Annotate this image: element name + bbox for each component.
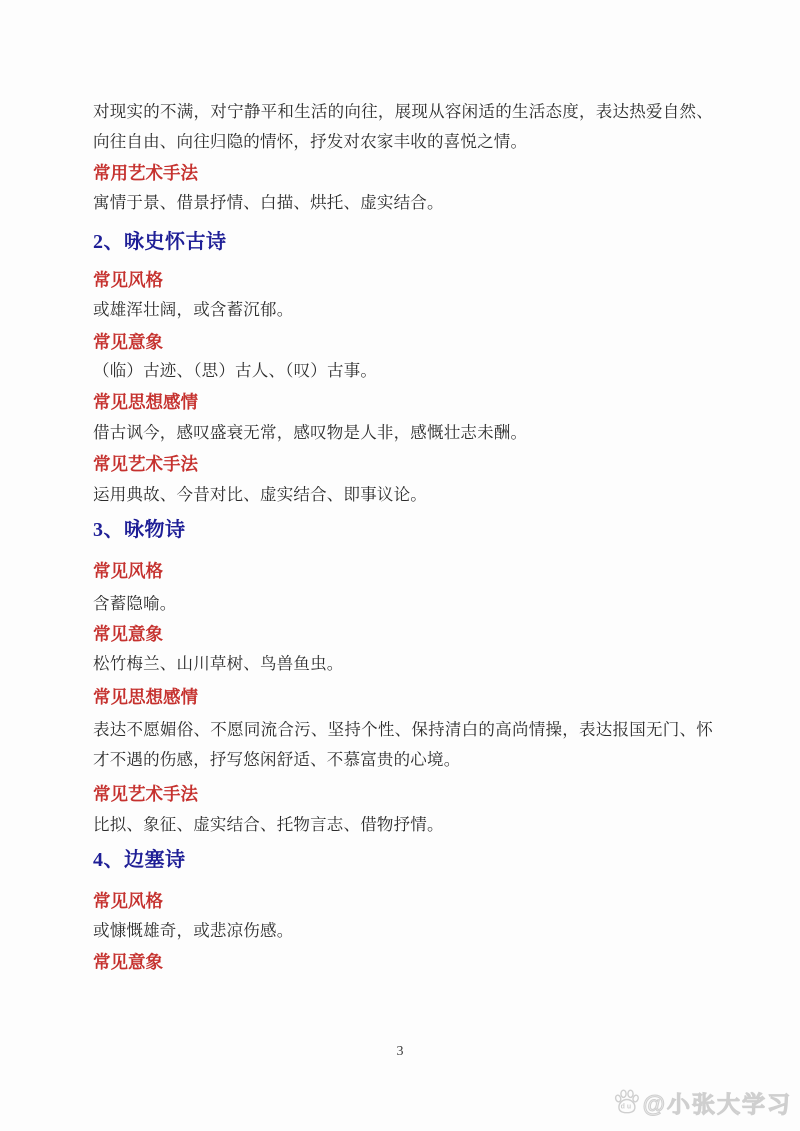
heading-common-imagery: 常见意象 bbox=[93, 330, 713, 354]
watermark: du @小张大学习 bbox=[613, 1086, 792, 1119]
heading-common-feelings: 常见思想感情 bbox=[93, 390, 713, 414]
svg-text:du: du bbox=[620, 1104, 633, 1111]
section-3-style-text: 含蓄隐喻。 bbox=[93, 592, 713, 616]
heading-common-style: 常见风格 bbox=[93, 268, 713, 292]
section-4-style-text: 或慷慨雄奇，或悲凉伤感。 bbox=[93, 919, 713, 943]
section-3-title: 3、咏物诗 bbox=[93, 516, 713, 544]
intro-techniques-text: 寓情于景、借景抒情、白描、烘托、虚实结合。 bbox=[93, 191, 713, 215]
baidu-paw-icon: du bbox=[613, 1089, 640, 1116]
document-page: 对现实的不满，对宁静平和生活的向往，展现从容闲适的生活态度，表达热爱自然、向往自… bbox=[0, 0, 800, 1131]
heading-common-feelings: 常见思想感情 bbox=[93, 685, 713, 709]
section-3-feelings-text: 表达不愿媚俗、不愿同流合污、坚持个性、保持清白的高尚情操，表达报国无门、怀才不遇… bbox=[93, 715, 713, 775]
section-2-imagery-text: （临）古迹、（思）古人、（叹）古事。 bbox=[93, 359, 713, 383]
section-2-title: 2、咏史怀古诗 bbox=[93, 228, 713, 256]
heading-common-imagery: 常见意象 bbox=[93, 622, 713, 646]
heading-common-style: 常见风格 bbox=[93, 559, 713, 583]
intro-paragraph: 对现实的不满，对宁静平和生活的向往，展现从容闲适的生活态度，表达热爱自然、向往自… bbox=[93, 97, 713, 157]
section-3-art-text: 比拟、象征、虚实结合、托物言志、借物抒情。 bbox=[93, 813, 713, 837]
section-3-imagery-text: 松竹梅兰、山川草树、鸟兽鱼虫。 bbox=[93, 652, 713, 676]
heading-common-art: 常见艺术手法 bbox=[93, 782, 713, 806]
heading-common-techniques: 常用艺术手法 bbox=[93, 161, 713, 185]
section-4-title: 4、边塞诗 bbox=[93, 846, 713, 874]
heading-common-art: 常见艺术手法 bbox=[93, 452, 713, 476]
heading-common-imagery: 常见意象 bbox=[93, 950, 713, 974]
watermark-text: @小张大学习 bbox=[643, 1086, 792, 1119]
page-number: 3 bbox=[0, 1044, 800, 1060]
section-2-style-text: 或雄浑壮阔，或含蓄沉郁。 bbox=[93, 298, 713, 322]
heading-common-style: 常见风格 bbox=[93, 889, 713, 913]
section-2-feelings-text: 借古讽今，感叹盛衰无常，感叹物是人非，感慨壮志未酬。 bbox=[93, 421, 713, 445]
section-2-art-text: 运用典故、今昔对比、虚实结合、即事议论。 bbox=[93, 483, 713, 507]
